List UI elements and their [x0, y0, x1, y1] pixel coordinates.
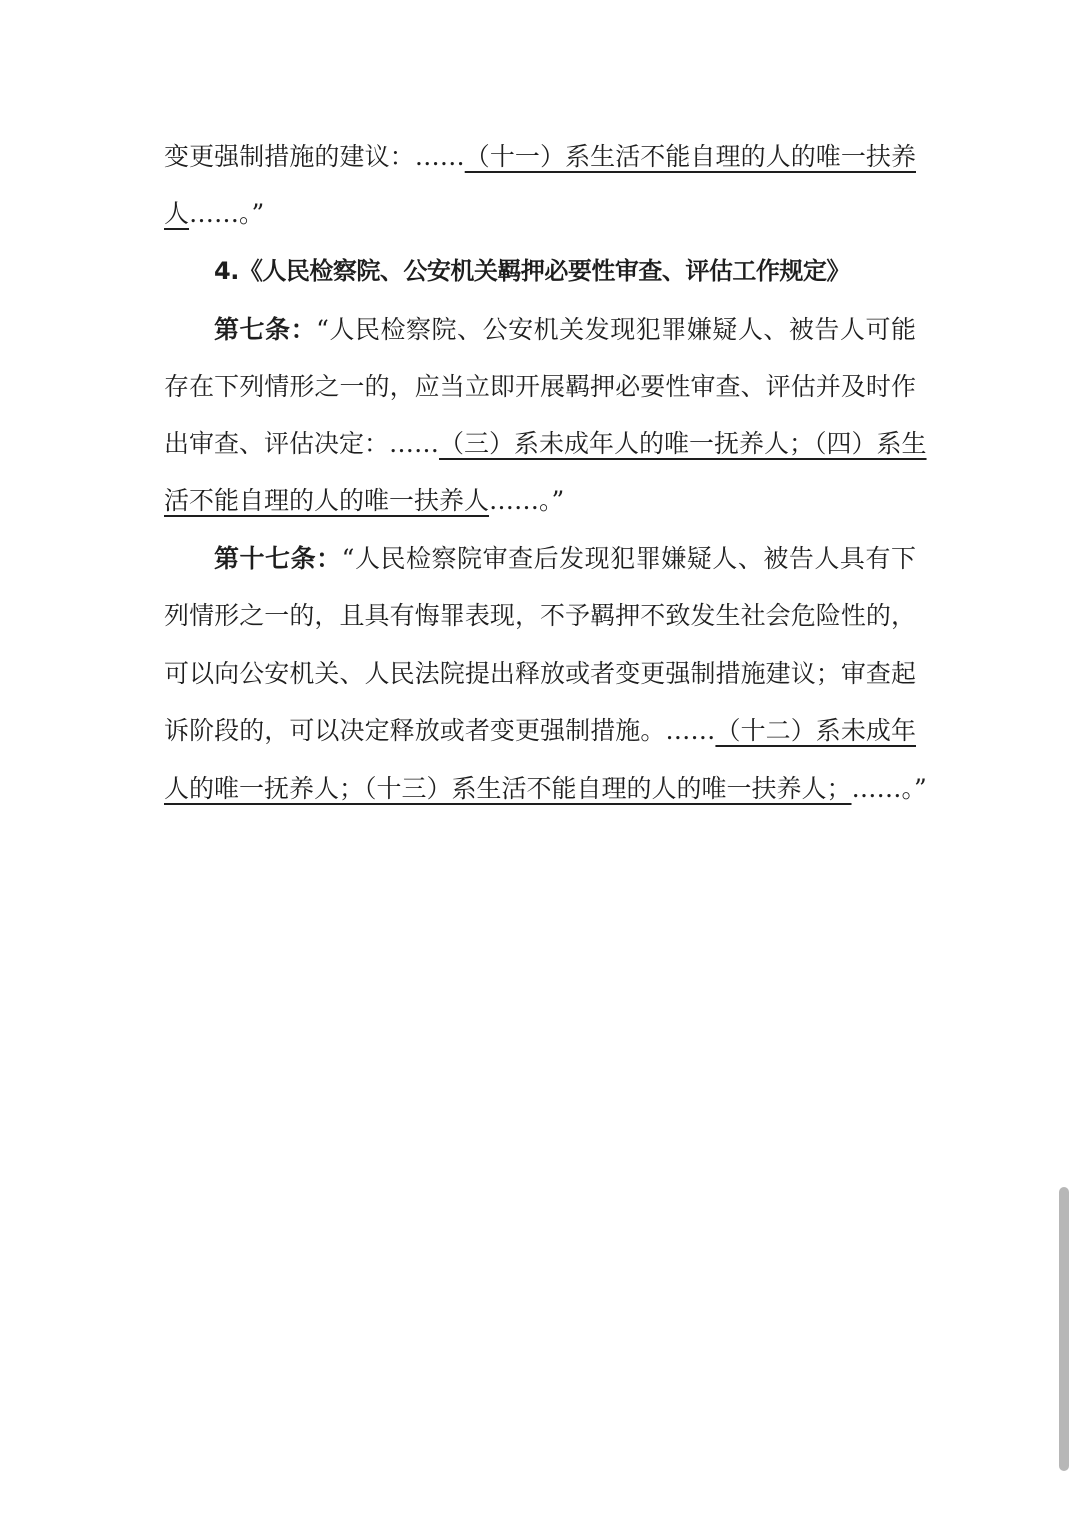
article-7-line-2: 存在下列情形之一的，应当立即开展羁押必要性审查、评估并及时作 [164, 367, 916, 407]
article-7-line-1: 第七条：“人民检察院、公安机关发现犯罪嫌疑人、被告人可能 [214, 310, 916, 350]
section-heading: 4.《人民检察院、公安机关羁押必要性审查、评估工作规定》 [214, 251, 914, 291]
plain-text: 出审查、评估决定：…… [164, 429, 439, 458]
plain-text: 诉阶段的，可以决定释放或者变更强制措施。…… [164, 716, 715, 745]
article-label: 第七条： [214, 315, 316, 344]
article-17-line-1: 第十七条：“人民检察院审查后发现犯罪嫌疑人、被告人具有下 [214, 539, 916, 579]
underlined-text: 人的唯一抚养人；（十三）系生活不能自理的人的唯一扶养人； [164, 774, 852, 803]
plain-text: ……。” [189, 199, 264, 228]
plain-text: “人民检察院、公安机关发现犯罪嫌疑人、被告人可能 [316, 315, 916, 344]
underlined-text: 活不能自理的人的唯一扶养人 [164, 486, 489, 515]
article-7-line-4: 活不能自理的人的唯一扶养人……。” [164, 481, 916, 521]
plain-text: “人民检察院审查后发现犯罪嫌疑人、被告人具有下 [342, 544, 916, 573]
plain-text: ……。” [852, 774, 927, 803]
article-7-line-3: 出审查、评估决定：……（三）系未成年人的唯一抚养人；（四）系生 [164, 424, 916, 464]
underlined-text: （三）系未成年人的唯一抚养人；（四）系生 [439, 429, 927, 458]
vertical-scrollbar[interactable] [1059, 1187, 1069, 1471]
underlined-text: （十二）系未成年 [715, 716, 916, 745]
plain-text: ……。” [489, 486, 564, 515]
document-page: 变更强制措施的建议：……（十一）系生活不能自理的人的唯一扶养 人……。” 4.《… [0, 0, 1080, 1521]
article-17-line-4: 诉阶段的，可以决定释放或者变更强制措施。……（十二）系未成年 [164, 711, 916, 751]
article-17-line-3: 可以向公安机关、人民法院提出释放或者变更强制措施建议；审查起 [164, 654, 916, 694]
plain-text: 变更强制措施的建议：…… [164, 142, 465, 171]
underlined-text: （十一）系生活不能自理的人的唯一扶养 [465, 142, 916, 171]
underlined-text: 人 [164, 199, 189, 228]
article-17-line-5: 人的唯一抚养人；（十三）系生活不能自理的人的唯一扶养人；……。” [164, 769, 916, 809]
text-line: 人……。” [164, 194, 916, 234]
article-label: 第十七条： [214, 544, 342, 573]
article-17-line-2: 列情形之一的，且具有悔罪表现，不予羁押不致发生社会危险性的， [164, 596, 916, 636]
text-line: 变更强制措施的建议：……（十一）系生活不能自理的人的唯一扶养 [164, 137, 916, 177]
